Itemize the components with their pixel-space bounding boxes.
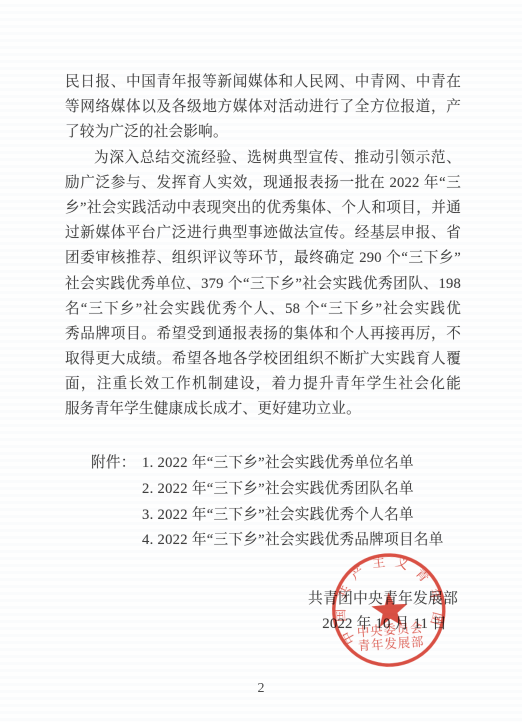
text-line: 面，注重长效工作机制建设，着力提升青年学生社会化能力，	[65, 372, 461, 397]
text-line: 取得更大成绩。希望各地各学校团组织不断扩大实践育人覆盖	[65, 347, 461, 372]
document-page: 民日报、中国青年报等新闻媒体和人民网、中青网、中青在线等网络媒体以及各级地方媒体…	[0, 0, 522, 722]
attachment-label	[91, 477, 142, 503]
text-line: 过新媒体平台广泛进行典型事迹做法宣传。经基层申报、省级	[65, 221, 461, 246]
attachment-label	[91, 503, 142, 529]
attachment-label	[91, 528, 142, 554]
text-line: 了较为广泛的社会影响。	[65, 120, 461, 145]
attachment-list: 附件：1. 2022 年“三下乡”社会实践优秀单位名单2. 2022 年“三下乡…	[91, 451, 444, 554]
attachment-item: 1. 2022 年“三下乡”社会实践优秀单位名单	[142, 451, 414, 477]
text-line: 社会实践优秀单位、379 个“三下乡”社会实践优秀团队、198	[65, 272, 461, 297]
text-line: 秀品牌项目。希望受到通报表扬的集体和个人再接再厉，不断	[65, 322, 461, 347]
page-number: 2	[0, 681, 522, 697]
attachment-item: 3. 2022 年“三下乡”社会实践优秀个人名单	[142, 503, 414, 529]
attachment-rows: 附件：1. 2022 年“三下乡”社会实践优秀单位名单2. 2022 年“三下乡…	[91, 451, 444, 554]
text-line: 服务青年学生健康成长成才、更好建功立业。	[65, 397, 461, 422]
attachment-row: 2. 2022 年“三下乡”社会实践优秀团队名单	[91, 477, 444, 503]
text-line: 团委审核推荐、组织评议等环节，最终确定 290 个“三下乡”	[65, 246, 461, 271]
text-line: 励广泛参与、发挥育人实效，现通报表扬一批在 2022 年“三下	[65, 171, 461, 196]
attachment-row: 附件：1. 2022 年“三下乡”社会实践优秀单位名单	[91, 451, 444, 477]
text-line: 民日报、中国青年报等新闻媒体和人民网、中青网、中青在线	[65, 70, 461, 95]
official-seal: 中国共产主义青年团 中央委员会 青年发展部	[323, 546, 457, 680]
text-line: 等网络媒体以及各级地方媒体对活动进行了全方位报道，产生	[65, 95, 461, 120]
attachment-row: 3. 2022 年“三下乡”社会实践优秀个人名单	[91, 503, 444, 529]
text-line: 乡”社会实践活动中表现突出的优秀集体、个人和项目，并通	[65, 196, 461, 221]
text-line: 名“三下乡”社会实践优秀个人、58 个“三下乡”社会实践优	[65, 297, 461, 322]
paragraph-lines: 民日报、中国青年报等新闻媒体和人民网、中青网、中青在线等网络媒体以及各级地方媒体…	[65, 70, 461, 423]
text-line: 为深入总结交流经验、选树典型宣传、推动引领示范、激	[65, 146, 461, 171]
body-text: 民日报、中国青年报等新闻媒体和人民网、中青网、中青在线等网络媒体以及各级地方媒体…	[65, 70, 461, 423]
attachment-item: 2. 2022 年“三下乡”社会实践优秀团队名单	[142, 477, 414, 503]
attachment-label: 附件：	[91, 451, 142, 477]
